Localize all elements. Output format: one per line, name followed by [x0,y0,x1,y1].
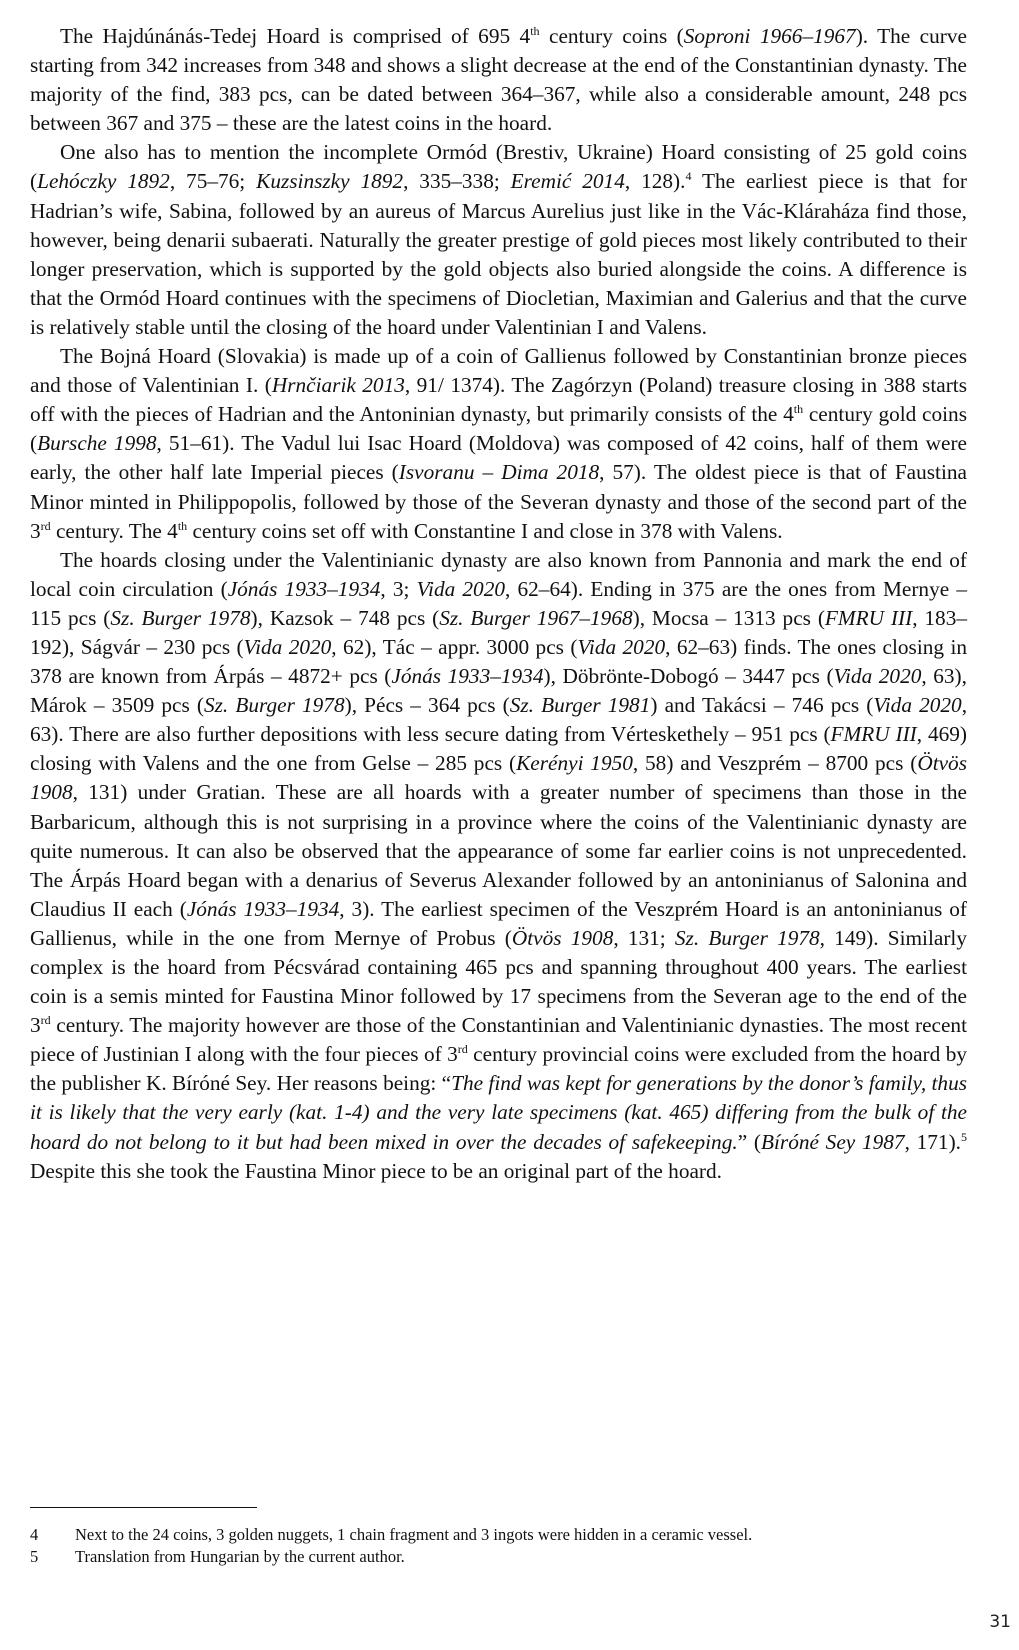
citation-italic: Vida 2020 [244,635,332,659]
paragraph-hajdunanas-hoard: The Hajdúnánás-Tedej Hoard is comprised … [30,22,967,138]
footnote-text: Translation from Hungarian by the curren… [75,1546,405,1568]
citation-italic: Sz. Burger 1978 [675,926,820,950]
paragraph-bojna-hoard: The Bojná Hoard (Slovakia) is made up of… [30,342,967,546]
body-text: The Hajdúnánás-Tedej Hoard is comprised … [30,22,967,1186]
citation-italic: Bíróné Sey 1987 [761,1130,905,1154]
ordinal-suffix: th [794,402,803,416]
citation-italic: Soproni 1966–1967 [684,24,856,48]
citation-italic: Jónás 1933–1934 [228,577,381,601]
citation-italic: Vida 2020 [577,635,665,659]
citation-italic: Sz. Burger 1967–1968 [439,606,632,630]
citation-italic: Sz. Burger 1981 [510,693,651,717]
ordinal-suffix: th [178,519,187,533]
footnote-4: 4 Next to the 24 coins, 3 golden nuggets… [30,1524,990,1546]
citation-italic: Lehóczky 1892 [37,169,170,193]
footnote-text: Next to the 24 coins, 3 golden nuggets, … [75,1524,752,1546]
footnotes: 4 Next to the 24 coins, 3 golden nuggets… [30,1524,990,1568]
citation-italic: FMRU III [825,606,912,630]
page-number: 31 [989,1612,1011,1632]
footnote-reference: 5 [961,1130,967,1144]
paragraph-pannonia-hoards: The hoards closing under the Valentinian… [30,546,967,1186]
ordinal-suffix: rd [41,1013,51,1027]
citation-italic: Jónás 1933–1934 [391,664,543,688]
citation-italic: Vida 2020 [834,664,922,688]
citation-italic: Sz. Burger 1978 [110,606,250,630]
citation-italic: FMRU III [831,722,917,746]
citation-italic: Kerényi 1950 [516,751,633,775]
citation-italic: Eremić 2014 [511,169,625,193]
citation-italic: Sz. Burger 1978 [204,693,345,717]
citation-italic: Vida 2020 [417,577,505,601]
citation-italic: Hrnčiarik 2013 [272,373,405,397]
citation-italic: Vida 2020 [873,693,961,717]
ordinal-suffix: th [530,24,539,38]
citation-italic: Kuzsinszky 1892 [256,169,403,193]
citation-italic: Jónás 1933–1934 [187,897,339,921]
footnote-number: 5 [30,1546,75,1568]
citation-italic: Ötvös 1908 [512,926,613,950]
footnote-reference: 4 [685,169,691,183]
citation-italic: Bursche 1998 [37,431,156,455]
citation-italic: Isvoranu – Dima 2018 [399,460,599,484]
footnote-number: 4 [30,1524,75,1546]
citation-italic: Ötvös 1908 [30,751,967,804]
ordinal-suffix: rd [458,1042,468,1056]
footnote-5: 5 Translation from Hungarian by the curr… [30,1546,990,1568]
ordinal-suffix: rd [41,519,51,533]
paragraph-ormod-hoard: One also has to mention the incomplete O… [30,138,967,342]
footnote-divider [30,1507,257,1508]
